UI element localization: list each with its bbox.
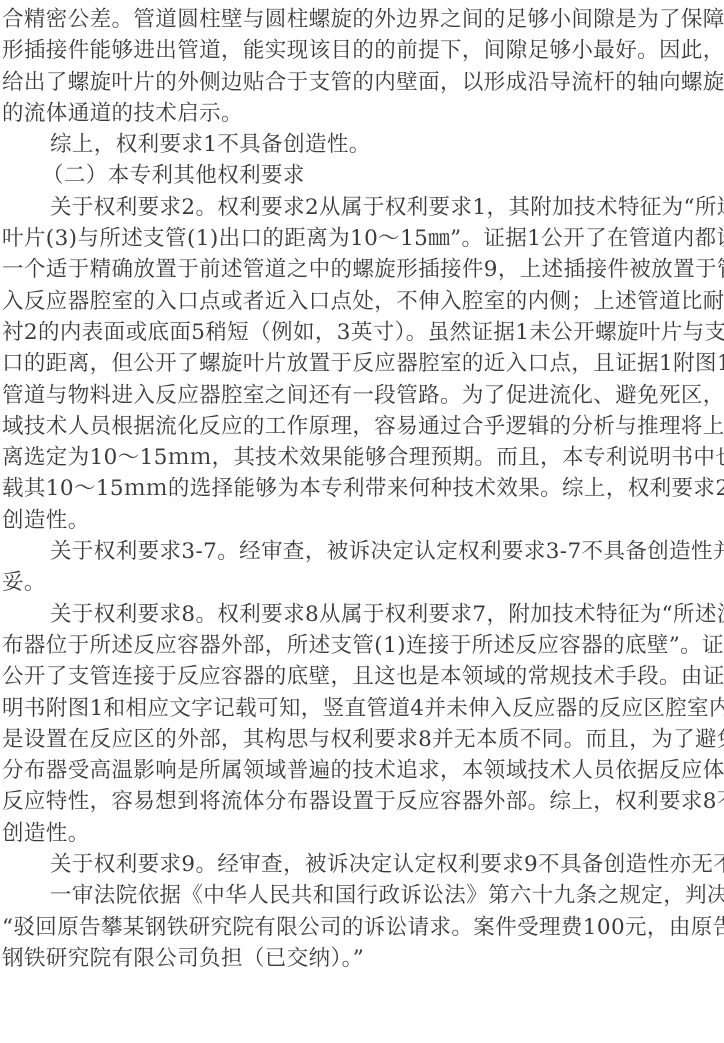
text-line: 分布器受高温影响是所属领域普遍的技术追求，本领域技术人员依据反应体系的 <box>2 755 722 786</box>
text-line: 妥。 <box>2 567 722 598</box>
paragraph-claim-8: 关于权利要求8。权利要求8从属于权利要求7，附加技术特征为“所述流体分 布器位于… <box>2 599 722 849</box>
text-line: 管道与物料进入反应器腔室之间还有一段管路。为了促进流化、避免死区，本领 <box>2 380 722 411</box>
text-line: 域技术人员根据流化反应的工作原理，容易通过合乎逻辑的分析与推理将上述距 <box>2 411 722 442</box>
paragraph-claim-9: 关于权利要求9。经审查，被诉决定认定权利要求9不具备创造性亦无不妥。 <box>2 849 722 880</box>
text-line: 是设置在反应区的外部，其构思与权利要求8并无本质不同。而且，为了避免流体 <box>2 724 722 755</box>
text-line: 合精密公差。管道圆柱壁与圆柱螺旋的外边界之间的足够小间隙是为了保障螺旋 <box>2 4 722 35</box>
text-line: 创造性。 <box>2 818 722 849</box>
text-line: 钢铁研究院有限公司负担（已交纳）。” <box>2 943 722 974</box>
paragraph-claim-3-7: 关于权利要求3-7。经审查，被诉决定认定权利要求3-7不具备创造性并无不 妥。 <box>2 536 722 599</box>
text-line: 给出了螺旋叶片的外侧边贴合于支管的内壁面，以形成沿导流杆的轴向螺旋延伸 <box>2 67 722 98</box>
paragraph-summary-claim-1: 综上，权利要求1不具备创造性。 <box>2 129 722 160</box>
text-line: 关于权利要求3-7。经审查，被诉决定认定权利要求3-7不具备创造性并无不 <box>2 536 722 567</box>
text-line: 载其10～15ｍｍ的选择能够为本专利带来何种技术效果。综上，权利要求2不具备 <box>2 473 722 504</box>
text-line: 衬2的内表面或底面5稍短（例如，3英寸）。虽然证据1未公开螺旋叶片与支管出 <box>2 317 722 348</box>
text-line: 的流体通道的技术启示。 <box>2 98 722 129</box>
text-line: 关于权利要求9。经审查，被诉决定认定权利要求9不具备创造性亦无不妥。 <box>2 849 722 880</box>
text-line: 反应特性，容易想到将流体分布器设置于反应容器外部。综上，权利要求8不具备 <box>2 786 722 817</box>
document-body: 合精密公差。管道圆柱壁与圆柱螺旋的外边界之间的足够小间隙是为了保障螺旋 形插接件… <box>2 4 722 974</box>
text-line: 布器位于所述反应容器外部，所述支管(1)连接于所述反应容器的底壁”。证据1 <box>2 630 722 661</box>
text-line: 公开了支管连接于反应容器的底壁，且这也是本领域的常规技术手段。由证据1说 <box>2 661 722 692</box>
text-line: 一审法院依据《中华人民共和国行政诉讼法》第六十九条之规定，判决： <box>2 880 722 911</box>
text-line: 形插接件能够进出管道，能实现该目的的前提下，间隙足够小最好。因此，证据1 <box>2 35 722 66</box>
section-heading-text: （二）本专利其他权利要求 <box>2 160 722 191</box>
text-line: 入反应器腔室的入口点或者近入口点处，不伸入腔室的内侧；上述管道比耐火内 <box>2 286 722 317</box>
text-line: 叶片(3)与所述支管(1)出口的距离为10～15㎜”。证据1公开了在管道内都设置… <box>2 223 722 254</box>
paragraph-continuation: 合精密公差。管道圆柱壁与圆柱螺旋的外边界之间的足够小间隙是为了保障螺旋 形插接件… <box>2 4 722 129</box>
paragraph-judgment: 一审法院依据《中华人民共和国行政诉讼法》第六十九条之规定，判决： “驳回原告攀某… <box>2 880 722 974</box>
text-line: 创造性。 <box>2 505 722 536</box>
text-line: 离选定为10～15ｍｍ，其技术效果能够合理预期。而且，本专利说明书中也未记 <box>2 442 722 473</box>
text-line: 综上，权利要求1不具备创造性。 <box>2 129 722 160</box>
text-line: 一个适于精确放置于前述管道之中的螺旋形插接件9，上述插接件被放置于管道探 <box>2 254 722 285</box>
paragraph-claim-2: 关于权利要求2。权利要求2从属于权利要求1，其附加技术特征为“所述螺旋 叶片(3… <box>2 192 722 536</box>
text-line: “驳回原告攀某钢铁研究院有限公司的诉讼请求。案件受理费100元，由原告攀某 <box>2 912 722 943</box>
section-heading: （二）本专利其他权利要求 <box>2 160 722 191</box>
text-line: 关于权利要求2。权利要求2从属于权利要求1，其附加技术特征为“所述螺旋 <box>2 192 722 223</box>
text-line: 明书附图1和相应文字记载可知，竖直管道4并未伸入反应器的反应区腔室内，而 <box>2 693 722 724</box>
text-line: 关于权利要求8。权利要求8从属于权利要求7，附加技术特征为“所述流体分 <box>2 599 722 630</box>
text-line: 口的距离，但公开了螺旋叶片放置于反应器腔室的近入口点，且证据1附图1显示 <box>2 348 722 379</box>
